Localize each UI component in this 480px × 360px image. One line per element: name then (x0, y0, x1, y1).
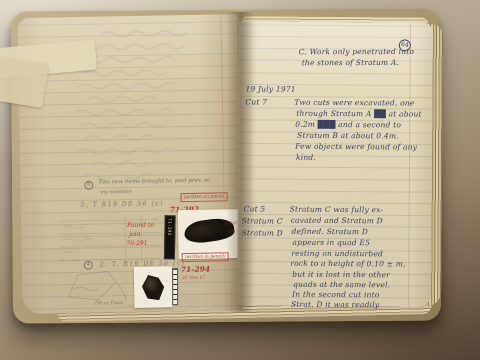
entry1-line1: Two new items brought to, post prev. w/ (98, 178, 210, 186)
entry1-boxed-note: (written on piece) (181, 192, 228, 202)
cut5-line4: appears in quad E5 (292, 239, 370, 247)
cut7-line5: Few objects were found of any (295, 143, 417, 151)
cut7-line2: through Stratum A ██ at about (296, 110, 421, 118)
entry2-sketch-caption: TM ca Trace ____ (94, 301, 133, 307)
cut5-line8: quads at the same level. (293, 281, 390, 289)
cut5-line3: defined. Stratum D (292, 228, 368, 236)
cut5-line5: resting on undisturbed (291, 250, 383, 258)
scale-strip-1-label: 71-292 (167, 218, 172, 236)
masking-tape-flap (0, 56, 49, 108)
entry2-small-note: 21 Nov 67 (182, 276, 206, 281)
scale-strip-1: 71-292 (164, 215, 176, 259)
cut7-line4: Stratum B at about 0.4m. (297, 132, 399, 140)
cut7-line6: kind. (296, 154, 316, 162)
cut5-line2: cavated and Stratum D (291, 217, 383, 225)
cut5-line1: Stratum C was fully ex- (290, 206, 384, 214)
scale-strip-2 (172, 268, 178, 305)
cut5-line6: rock to a height of 0.10 ± m, (290, 260, 405, 268)
cut5-line7: but it is lost in the other (292, 271, 390, 279)
entry1-line2: my numbers (100, 189, 132, 196)
gutter-shadow (226, 12, 254, 312)
cut5-line9: In the second cut into (292, 291, 380, 299)
artifact-2-image (141, 274, 165, 302)
cut7-line3: 0.2m ███ and a second to (295, 121, 401, 129)
cut7-line1: Two cuts were excavated, one (294, 99, 414, 107)
entry2-boxed-note: (written in pencil) (182, 252, 229, 262)
right-page-margin-line (408, 23, 411, 307)
para1-line1: C. Work only penetrated into (299, 48, 414, 56)
right-page: 64 C. Work only penetrated into the ston… (237, 21, 433, 306)
cut5-line10: Strat. D it was readily (291, 301, 379, 309)
entry1-bullet: R (84, 181, 93, 190)
entry2-catalog-number: 71-294 (181, 265, 210, 275)
notebook-photo: R Two new items brought to, post prev. w… (0, 0, 480, 360)
para1-line2: the stones of Stratum A. (302, 59, 399, 67)
artifact-photo-2 (134, 266, 173, 308)
